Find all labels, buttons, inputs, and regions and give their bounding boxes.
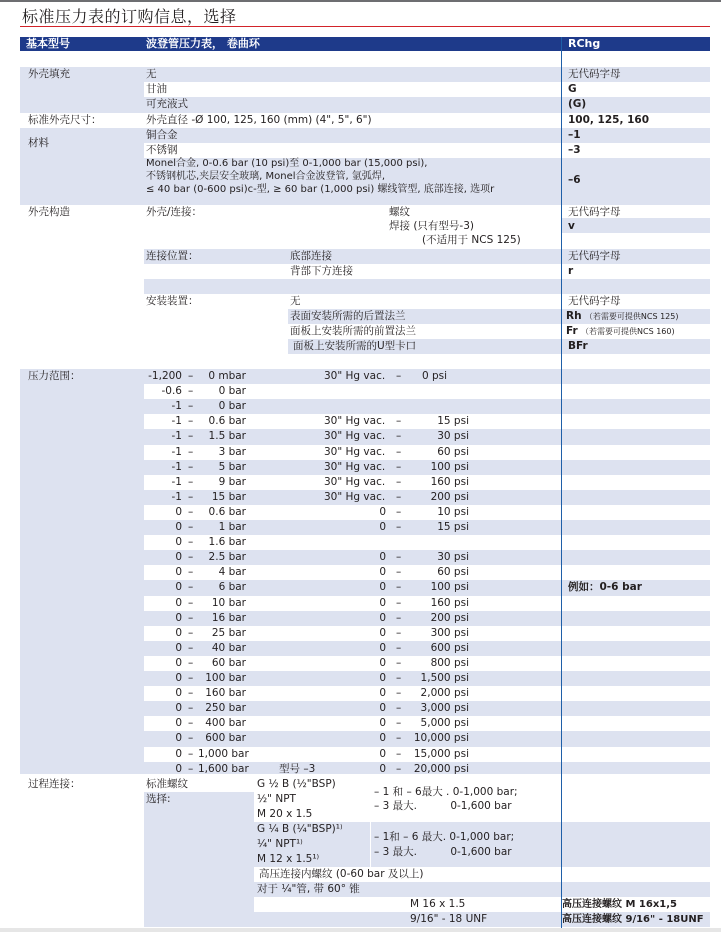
size-label: 标准外壳尺寸： <box>28 113 102 128</box>
case-conn-option: 螺纹 <box>389 205 410 220</box>
psi-dash: – <box>396 716 401 731</box>
range-from: 0 <box>140 596 182 611</box>
option-label: 选择: <box>146 792 171 807</box>
range-dash: – <box>188 505 193 520</box>
range-from: -1 <box>140 399 182 414</box>
psi-from: 0 <box>340 565 386 580</box>
range-to: 2.5 bar <box>196 550 246 565</box>
range-dash: – <box>188 641 193 656</box>
psi-from: 30" Hg vac. <box>324 475 385 490</box>
range-to: 0 mbar <box>196 369 246 384</box>
psi-to: 1,500 psi <box>410 671 469 686</box>
conn-position-option: 底部连接 <box>290 249 332 264</box>
hp-thread-option: M 16 x 1.5 <box>410 897 465 912</box>
psi-to: 15 psi <box>410 414 469 429</box>
conn-position-code: r <box>568 264 573 279</box>
range-dash: – <box>188 520 193 535</box>
range-dash: – <box>188 762 193 777</box>
range-to: 1.6 bar <box>196 535 246 550</box>
range-from: 0 <box>140 656 182 671</box>
material-code: –3 <box>568 143 581 158</box>
range-dash: – <box>188 384 193 399</box>
psi-to: 60 psi <box>410 565 469 580</box>
psi-to: 30 psi <box>410 429 469 444</box>
range-dash: – <box>188 535 193 550</box>
psi-from: 0 <box>340 656 386 671</box>
psi-to: 0 psi <box>422 369 447 384</box>
range-from: 0 <box>140 686 182 701</box>
material-monel-line: ≤ 40 bar (0-600 psi)c-型, ≥ 60 bar (1,000… <box>146 183 494 196</box>
psi-to: 100 psi <box>410 460 469 475</box>
range-from: 0 <box>140 520 182 535</box>
range-from: 0 <box>140 716 182 731</box>
range-from: 0 <box>140 641 182 656</box>
psi-from: 0 <box>340 731 386 746</box>
material-option: 不锈钢 <box>146 143 178 158</box>
range-dash: – <box>188 747 193 762</box>
range-to: 5 bar <box>196 460 246 475</box>
range-to: 0.6 bar <box>196 414 246 429</box>
psi-dash: – <box>396 762 401 777</box>
psi-to: 800 psi <box>410 656 469 671</box>
mounting-option: 无 <box>290 294 301 309</box>
range-from: -0.6 <box>140 384 182 399</box>
psi-from: 0 <box>340 611 386 626</box>
psi-from: 30" Hg vac. <box>324 445 385 460</box>
range-to: 40 bar <box>196 641 246 656</box>
mounting-label: 安装装置： <box>146 294 199 309</box>
range-to: 1,600 bar <box>198 762 249 777</box>
range-dash: – <box>188 369 193 384</box>
range-dash: – <box>188 565 193 580</box>
range-to: 15 bar <box>196 490 246 505</box>
table-header: 基本型号 波登管压力表， 卷曲环 RChg <box>20 37 710 51</box>
range-to: 9 bar <box>196 475 246 490</box>
range-dash: – <box>188 701 193 716</box>
psi-to: 200 psi <box>410 490 469 505</box>
range-from: -1 <box>140 460 182 475</box>
psi-from: 0 <box>340 747 386 762</box>
range-from: 0 <box>140 535 182 550</box>
range-dash: – <box>188 611 193 626</box>
psi-from: 0 <box>340 686 386 701</box>
psi-dash: – <box>396 490 401 505</box>
psi-dash: – <box>396 611 401 626</box>
psi-dash: – <box>396 369 401 384</box>
header-code: RChg <box>568 37 600 51</box>
psi-from: 30" Hg vac. <box>324 460 385 475</box>
case-conn-code: 无代码字母 <box>568 205 621 220</box>
psi-to: 2,000 psi <box>410 686 469 701</box>
range-to: 600 bar <box>196 731 246 746</box>
size-text: 外壳直径 -Ø 100, 125, 160 (mm) (4", 5", 6") <box>146 113 372 128</box>
range-to: 1,000 bar <box>198 747 249 762</box>
thread-limit: – 1和 – 6 最大. 0-1,000 bar; <box>374 830 514 845</box>
psi-dash: – <box>396 520 401 535</box>
psi-dash: – <box>396 626 401 641</box>
thread-option: ½" NPT <box>257 792 296 807</box>
case-conn-note: (不适用于 NCS 125) <box>422 233 521 248</box>
thread-limit: – 1 和 – 6最大 . 0-1,000 bar; <box>374 785 518 800</box>
range-from: -1 <box>140 445 182 460</box>
standard-thread-label: 标准螺纹 <box>146 777 188 792</box>
range-dash: – <box>188 656 193 671</box>
psi-dash: – <box>396 550 401 565</box>
psi-to: 600 psi <box>410 641 469 656</box>
psi-from: 0 <box>340 505 386 520</box>
page-title: 标准压力表的订购信息，选择 <box>22 4 237 27</box>
range-from: 0 <box>140 747 182 762</box>
conn-position-option: 背部下方连接 <box>290 264 353 279</box>
range-from: 0 <box>140 580 182 595</box>
psi-from: 30" Hg vac. <box>324 414 385 429</box>
range-dash: – <box>188 429 193 444</box>
range-to: 400 bar <box>196 716 246 731</box>
range-dash: – <box>188 596 193 611</box>
range-from: -1 <box>140 490 182 505</box>
range-from: 0 <box>140 731 182 746</box>
mounting-code: Rh （若需要可提供NCS 125) <box>566 309 679 324</box>
material-code: –6 <box>568 173 581 188</box>
range-to: 0.6 bar <box>196 505 246 520</box>
code-column-divider <box>561 37 562 932</box>
psi-to: 15 psi <box>410 520 469 535</box>
thread-option: M 20 x 1.5 <box>257 807 312 822</box>
psi-to: 60 psi <box>410 445 469 460</box>
psi-to: 200 psi <box>410 611 469 626</box>
psi-from: 0 <box>340 762 386 777</box>
top-rule <box>0 0 721 2</box>
psi-dash: – <box>396 505 401 520</box>
range-from: 0 <box>140 671 182 686</box>
header-description: 波登管压力表， 卷曲环 <box>146 37 260 51</box>
range-dash: – <box>188 475 193 490</box>
psi-to: 10,000 psi <box>410 731 469 746</box>
range-from: 0 <box>140 550 182 565</box>
psi-dash: – <box>396 686 401 701</box>
psi-from: 30" Hg vac. <box>324 429 385 444</box>
mounting-code: BFr <box>568 339 588 354</box>
psi-from: 0 <box>340 550 386 565</box>
range-to: 250 bar <box>196 701 246 716</box>
range-from: -1,200 <box>140 369 182 384</box>
psi-from: 30" Hg vac. <box>324 490 385 505</box>
range-from: 0 <box>140 762 182 777</box>
range-to: 0 bar <box>196 399 246 414</box>
psi-to: 20,000 psi <box>410 762 469 777</box>
psi-dash: – <box>396 460 401 475</box>
psi-to: 30 psi <box>410 550 469 565</box>
range-from: 0 <box>140 505 182 520</box>
case-design-label: 外壳构造 <box>28 205 70 220</box>
conn-position-code: 无代码字母 <box>568 249 621 264</box>
psi-from: 0 <box>340 520 386 535</box>
range-dash: – <box>188 731 193 746</box>
range-dash: – <box>188 460 193 475</box>
psi-dash: – <box>396 701 401 716</box>
psi-to: 160 psi <box>410 475 469 490</box>
range-from: 0 <box>140 565 182 580</box>
thread-limit: – 3 最大. 0-1,600 bar <box>374 799 512 814</box>
range-from: 0 <box>140 626 182 641</box>
case-fill-label: 外壳填充 <box>28 67 70 82</box>
psi-to: 3,000 psi <box>410 701 469 716</box>
psi-dash: – <box>396 641 401 656</box>
material-option: 铜合金 <box>146 128 178 143</box>
psi-from: 30" Hg vac. <box>324 369 385 384</box>
case-fill-code: (G) <box>568 97 586 112</box>
range-from: -1 <box>140 429 182 444</box>
range-from: 0 <box>140 701 182 716</box>
process-conn-label: 过程连接： <box>28 777 81 792</box>
psi-from: 0 <box>340 580 386 595</box>
mounting-option: 面板上安装所需的U型卡口 <box>293 339 416 354</box>
range-to: 0 bar <box>196 384 246 399</box>
psi-from: 0 <box>340 716 386 731</box>
range-dash: – <box>188 580 193 595</box>
case-fill-option: 甘油 <box>146 82 167 97</box>
psi-dash: – <box>396 671 401 686</box>
psi-dash: – <box>396 414 401 429</box>
range-to: 6 bar <box>196 580 246 595</box>
range-dash: – <box>188 716 193 731</box>
title-underline <box>20 26 710 27</box>
case-conn-option: 焊接 (只有型号-3) <box>389 219 474 234</box>
thread-limit: – 3 最大. 0-1,600 bar <box>374 845 512 860</box>
range-to: 100 bar <box>196 671 246 686</box>
range-dash: – <box>188 550 193 565</box>
psi-to: 15,000 psi <box>410 747 469 762</box>
range-dash: – <box>188 490 193 505</box>
range-dash: – <box>188 399 193 414</box>
case-fill-option: 可充液式 <box>146 97 188 112</box>
bottom-rule <box>0 928 721 932</box>
case-fill-code: 无代码字母 <box>568 67 621 82</box>
pressure-example: 例如：0-6 bar <box>568 580 642 595</box>
mounting-option: 表面安装所需的后置法兰 <box>290 309 406 324</box>
range-to: 60 bar <box>196 656 246 671</box>
material-monel-line: 不锈钢机芯,夹层安全玻璃, Monel合金波登管, 氩弧焊, <box>146 170 385 183</box>
thread-option: G ¼ B (¼"BSP)¹⁾ <box>257 822 343 837</box>
psi-dash: – <box>396 565 401 580</box>
psi-dash: – <box>396 580 401 595</box>
psi-from: 0 <box>340 701 386 716</box>
range-from: -1 <box>140 414 182 429</box>
mounting-option: 面板上安装所需的前置法兰 <box>290 324 416 339</box>
range-to: 25 bar <box>196 626 246 641</box>
psi-from: 0 <box>340 641 386 656</box>
case-fill-code: G <box>568 82 577 97</box>
high-pressure-note: 高压连接内螺纹 (0-60 bar 及以上) <box>259 867 423 882</box>
material-label: 材料 <box>28 136 49 151</box>
range-dash: – <box>188 626 193 641</box>
hp-thread-code: 高压连接螺纹 M 16x1,5 <box>562 897 677 912</box>
psi-to: 300 psi <box>410 626 469 641</box>
range-dash: – <box>188 445 193 460</box>
mounting-code: 无代码字母 <box>568 294 621 309</box>
hp-thread-code: 高压连接螺纹 9/16" - 18UNF <box>562 912 704 927</box>
psi-dash: – <box>396 731 401 746</box>
mounting-code: Fr （若需要可提供NCS 160) <box>566 324 675 339</box>
range-to: 1 bar <box>196 520 246 535</box>
range-to: 4 bar <box>196 565 246 580</box>
psi-dash: – <box>396 445 401 460</box>
hp-thread-option: 9/16" - 18 UNF <box>410 912 487 927</box>
thread-option: G ½ B (½"BSP) <box>257 777 336 792</box>
case-conn-label: 外壳/连接： <box>146 205 202 220</box>
psi-from: 0 <box>340 671 386 686</box>
psi-to: 5,000 psi <box>410 716 469 731</box>
thread-option: M 12 x 1.5¹⁾ <box>257 852 319 867</box>
psi-to: 10 psi <box>410 505 469 520</box>
high-pressure-note: 对于 ¼"管, 带 60° 锥 <box>257 882 360 897</box>
range-dash: – <box>188 686 193 701</box>
case-conn-code: v <box>568 219 575 234</box>
size-code: 100, 125, 160 <box>568 113 649 128</box>
psi-dash: – <box>396 596 401 611</box>
range-from: -1 <box>140 475 182 490</box>
psi-dash: – <box>396 747 401 762</box>
psi-to: 160 psi <box>410 596 469 611</box>
material-monel-line: Monel合金, 0-0.6 bar (10 psi)至 0-1,000 bar… <box>146 157 427 170</box>
header-base-model: 基本型号 <box>26 37 70 51</box>
range-to: 10 bar <box>196 596 246 611</box>
range-to: 1.5 bar <box>196 429 246 444</box>
pressure-label: 压力范围： <box>28 369 81 384</box>
psi-from: 0 <box>340 626 386 641</box>
range-to: 3 bar <box>196 445 246 460</box>
range-note: 型号 –3 <box>279 762 315 777</box>
psi-to: 100 psi <box>410 580 469 595</box>
range-from: 0 <box>140 611 182 626</box>
psi-dash: – <box>396 475 401 490</box>
psi-from: 0 <box>340 596 386 611</box>
psi-dash: – <box>396 429 401 444</box>
material-code: –1 <box>568 128 581 143</box>
range-to: 160 bar <box>196 686 246 701</box>
range-to: 16 bar <box>196 611 246 626</box>
case-fill-option: 无 <box>146 67 157 82</box>
range-dash: – <box>188 414 193 429</box>
conn-position-label: 连接位置： <box>146 249 199 264</box>
psi-dash: – <box>396 656 401 671</box>
thread-option: ¼" NPT¹⁾ <box>257 837 303 852</box>
range-dash: – <box>188 671 193 686</box>
